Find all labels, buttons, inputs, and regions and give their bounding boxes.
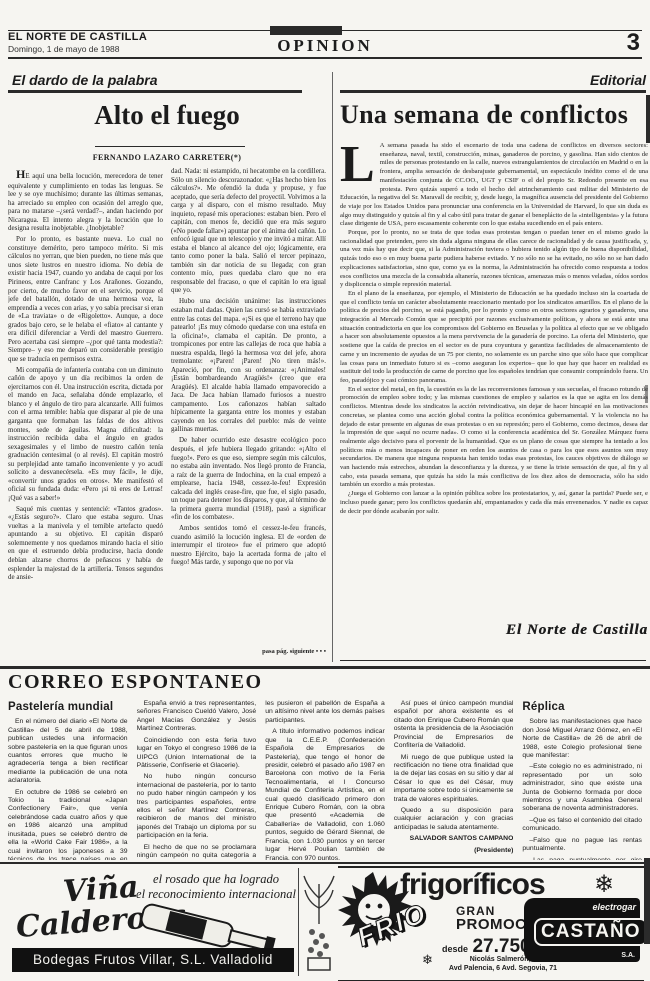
header-bottom-rule: [8, 57, 642, 59]
paragraph: –Este colegio no es administrado, ni rep…: [522, 763, 642, 814]
editorial-bottom-rule: [340, 660, 646, 661]
paragraph: España envió a tres representantes, seño…: [137, 700, 257, 734]
dardo-kicker-rule: [8, 90, 302, 93]
editorial-body: L A semana pasada ha sido el escenario d…: [340, 142, 648, 616]
paragraph: Ambos sentidos tomó el cessez-le-feu fra…: [171, 524, 326, 567]
correo-column-5: Réplica Sobre las manifestaciones que ha…: [522, 700, 642, 860]
letter2-heading: Réplica: [522, 700, 642, 714]
dardo-title-rule: [95, 146, 245, 147]
paragraph: –Falso que no pague las rentas puntualme…: [522, 837, 642, 854]
paragraph: –Las paga puntualmente por giro postal, …: [522, 857, 642, 860]
dardo-column-1: HE aquí una bella locución, merecedora d…: [8, 167, 163, 653]
vina-tagline-1: el rosado que ha logrado: [136, 872, 296, 887]
paragraph: En el número del diario «El Norte de Cas…: [8, 718, 128, 785]
editorial-kicker-rule: [340, 90, 646, 93]
plant-illustration: [302, 874, 336, 977]
paragraph: HE aquí una bella locución, merecedora d…: [8, 167, 163, 233]
section-title: OPINION: [0, 36, 650, 56]
editorial-dropcap: L: [340, 142, 380, 186]
paragraph: –Que es falso el contenido del citado co…: [522, 817, 642, 834]
editorial-signature: El Norte de Castilla: [340, 622, 648, 639]
editorial-title: Una semana de conflictos: [340, 100, 648, 130]
correo-top-rule: [0, 666, 650, 669]
letter1-signature-role: (Presidente): [394, 847, 514, 855]
editorial-kicker: Editorial: [340, 72, 646, 88]
paragraph: Hubo una decisión unánime: las instrucci…: [171, 297, 326, 434]
address-2: Avd Palencia, 6 Avd. Segovia, 71: [428, 965, 578, 972]
paragraph: les pusieron el pabellón de España a un …: [265, 700, 385, 725]
dardo-column-2: dad. Nada: ni estampido, ni hecatombe en…: [171, 167, 326, 653]
paragraph: Porque, por lo pronto, no se trata de qu…: [340, 229, 648, 290]
paragraph: En el plano de la enseñanza, por ejemplo…: [340, 290, 648, 386]
dardo-article-body: HE aquí una bella locución, merecedora d…: [8, 167, 326, 653]
scan-artifact: [646, 95, 650, 143]
dardo-byline: FERNANDO LAZARO CARRETER(*): [8, 153, 326, 162]
dardo-continuation-note: pasa pág. siguiente • • •: [171, 648, 326, 655]
paragraph: Quedo a su disposición para cualquier ac…: [394, 807, 514, 832]
paragraph: dad. Nada: ni estampido, ni hecatombe en…: [171, 167, 326, 295]
correo-column-3: les pusieron el pabellón de España a un …: [265, 700, 385, 860]
paragraph: A semana pasada ha sido el escenario de …: [340, 142, 648, 229]
frigorificos-headline: frigoríficos: [400, 868, 545, 902]
paragraph: Mi ruego de que publique usted la rectif…: [394, 754, 514, 805]
paragraph: De haber ocurrido este desastre ecológic…: [171, 436, 326, 521]
paragraph: El hecho de que no se proclamara ningún …: [137, 844, 257, 860]
correo-column-4: Así pues el único campeón mundial españo…: [394, 700, 514, 860]
letter1-heading: Pastelería mundial: [8, 700, 128, 714]
paragraph: ¿Juega el Gobierno con lanzar a la opini…: [340, 490, 648, 516]
newspaper-page: EL NORTE DE CASTILLA Domingo, 1 de mayo …: [0, 0, 650, 981]
scan-artifact: [645, 385, 648, 403]
paragraph: En el sector del metal, en fin, la cuest…: [340, 386, 648, 490]
dardo-article-title: Alto el fuego: [8, 100, 326, 131]
snowflake-icon: ❄: [594, 870, 614, 899]
dardo-kicker: El dardo de la palabra: [12, 72, 158, 88]
paragraph: Mi compañía de infantería contaba con un…: [8, 366, 163, 503]
electrogar-brand: electrogar: [592, 902, 636, 912]
castano-brand: CASTAÑO: [534, 918, 648, 946]
vina-calderona-ad: Viña Calderona el rosado que ha logrado …: [8, 868, 294, 976]
paragraph: Coincidiendo con esta feria tuvo lugar e…: [137, 737, 257, 771]
column-divider: [332, 72, 333, 662]
page-number: 3: [627, 29, 640, 57]
correo-column-1: Pastelería mundial En el número del diar…: [8, 700, 128, 860]
paragraph: No hubo ningún concurso internacional de…: [137, 773, 257, 840]
ads-divider: [298, 868, 299, 976]
paragraph: Así pues el único campeón mundial españo…: [394, 700, 514, 751]
paragraph: Por lo pronto, es bastante nueva. Lo cua…: [8, 235, 163, 363]
paragraph: Saqué mis cuentas y sentencié: «Tantos g…: [8, 505, 163, 582]
castano-logo: electrogar CASTAÑO S.A.: [524, 898, 640, 962]
paragraph: En octubre de 1986 se celebró en Tokio l…: [8, 789, 128, 860]
castano-suffix: S.A.: [621, 952, 635, 959]
price-value: 27.750: [472, 936, 530, 957]
opinion-black-bar: [270, 26, 342, 35]
ads-top-rule: [0, 862, 650, 864]
vina-footer-bar: Bodegas Frutos Villar, S.L. Valladolid: [12, 948, 294, 972]
scan-artifact: [644, 858, 650, 944]
correo-column-2: España envió a tres representantes, seño…: [137, 700, 257, 860]
frigorificos-ad: frigoríficos ❄ ❄ FRIO GRAN PROMOCIÓN des…: [338, 866, 644, 981]
letter1-signature: SALVADOR SANTOS CAMPANO: [394, 835, 514, 843]
price-prefix: desde: [442, 944, 468, 954]
correo-columns: Pastelería mundial En el número del diar…: [8, 700, 642, 860]
correo-section-title: CORREO ESPONTANEO: [8, 671, 263, 694]
paragraph: A título informativo podemos indicar que…: [265, 728, 385, 860]
paragraph: Sobre las manifestaciones que hace don J…: [522, 718, 642, 760]
